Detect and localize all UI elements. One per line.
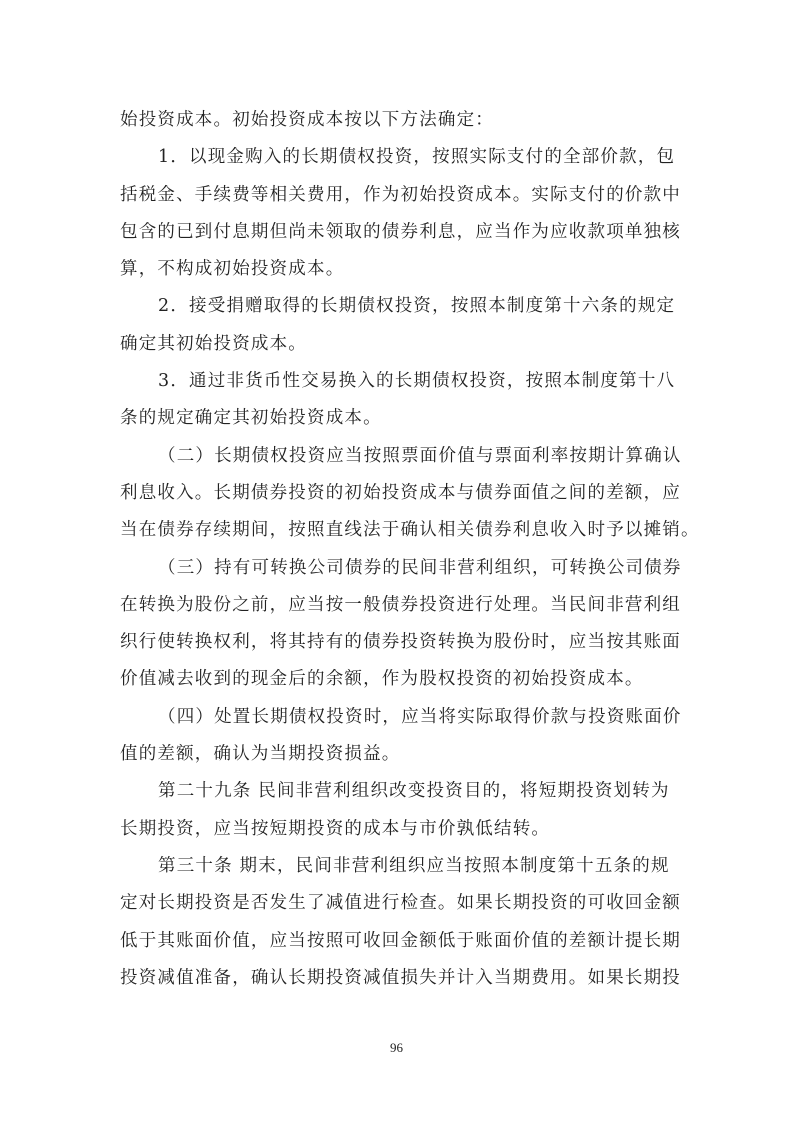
text-line: 确定其初始投资成本。: [120, 326, 680, 363]
text-line: 长期投资，应当按短期投资的成本与市价孰低结转。: [120, 811, 680, 848]
text-line: 织行使转换权利，将其持有的债券投资转换为股份时，应当按其账面: [120, 624, 680, 661]
body-text: 始投资成本。初始投资成本按以下方法确定： 1．以现金购入的长期债权投资，按照实际…: [120, 102, 680, 997]
text-line: 括税金、手续费等相关费用，作为初始投资成本。实际支付的价款中: [120, 177, 680, 214]
text-line: 第二十九条 民间非营利组织改变投资目的，将短期投资划转为: [120, 773, 680, 810]
text-line: 条的规定确定其初始投资成本。: [120, 400, 680, 437]
text-line: 值的差额，确认为当期投资损益。: [120, 736, 680, 773]
text-line: 投资减值准备，确认长期投资减值损失并计入当期费用。如果长期投: [120, 960, 680, 997]
text-line: 当在债券存续期间，按照直线法于确认相关债券利息收入时予以摊销。: [120, 512, 680, 549]
text-line: 低于其账面价值，应当按照可收回金额低于账面价值的差额计提长期: [120, 923, 680, 960]
text-line: 定对长期投资是否发生了减值进行检查。如果长期投资的可收回金额: [120, 885, 680, 922]
text-line: （三）持有可转换公司债券的民间非营利组织，可转换公司债券: [120, 550, 680, 587]
text-line: （二）长期债权投资应当按照票面价值与票面利率按期计算确认: [120, 438, 680, 475]
text-line: 第三十条 期末，民间非营利组织应当按照本制度第十五条的规: [120, 848, 680, 885]
text-line: 2．接受捐赠取得的长期债权投资，按照本制度第十六条的规定: [120, 288, 680, 325]
text-line: （四）处置长期债权投资时，应当将实际取得价款与投资账面价: [120, 699, 680, 736]
text-line: 算，不构成初始投资成本。: [120, 251, 680, 288]
text-line: 利息收入。长期债券投资的初始投资成本与债券面值之间的差额，应: [120, 475, 680, 512]
text-line: 3．通过非货币性交易换入的长期债权投资，按照本制度第十八: [120, 363, 680, 400]
text-line: 在转换为股份之前，应当按一般债券投资进行处理。当民间非营利组: [120, 587, 680, 624]
text-line: 始投资成本。初始投资成本按以下方法确定：: [120, 102, 680, 139]
text-line: 价值减去收到的现金后的余额，作为股权投资的初始投资成本。: [120, 661, 680, 698]
text-line: 包含的已到付息期但尚未领取的债券利息，应当作为应收款项单独核: [120, 214, 680, 251]
page-number: 96: [0, 1040, 793, 1056]
document-page: 始投资成本。初始投资成本按以下方法确定： 1．以现金购入的长期债权投资，按照实际…: [0, 0, 793, 1122]
text-line: 1．以现金购入的长期债权投资，按照实际支付的全部价款，包: [120, 139, 680, 176]
